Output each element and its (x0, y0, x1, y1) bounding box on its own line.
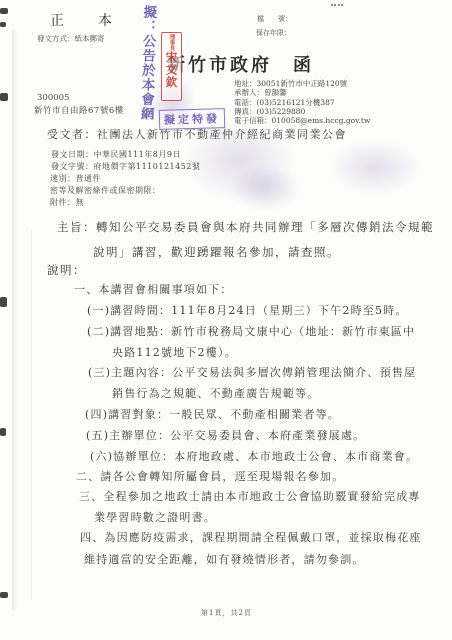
body-line: (六)協辦單位：本府地政處、本市地政士公會、本市商業會。 (90, 448, 418, 464)
recipient-street: 新竹市自由路67號6樓 (34, 104, 124, 116)
stamp-ghost (330, 140, 420, 195)
contact-person: 承辦人：曾韻馨 (234, 88, 370, 97)
subject-line-1: 主旨：轉知公平交易委員會與本府共同辦理「多層次傳銷法令規範 (57, 219, 434, 235)
body-line: 銷售行為之規範、不動產廣告規範等。 (112, 385, 319, 401)
contact-email: 電子信箱：010058@ems.hccg.gov.tw (234, 116, 370, 125)
body-line: 業學習時數之證明書。 (94, 509, 216, 525)
delivery-method-label: 發文方式：紙本郵寄 (37, 33, 105, 44)
scan-artifact (0, 93, 8, 101)
scan-artifact (0, 592, 8, 598)
scan-crease-line (31, 230, 32, 600)
delivery-speed: 速別：普通件 (50, 173, 101, 184)
scan-left-shadow (12, 30, 18, 610)
file-number-label: 檔 號： (257, 14, 292, 24)
contact-block: 地址：30051新竹市中正路120號 承辦人：曾韻馨 電話：(03)521612… (234, 79, 370, 125)
contact-fax: 傳真：(03)5229880 (234, 107, 370, 116)
issue-date: 發文日期：中華民國111年8月9日 (51, 149, 181, 160)
body-line: (五)主辦單位：公平交易委員會、本府產業發展處。 (86, 427, 365, 443)
body-line: 央路112號地下2樓）。 (112, 344, 237, 360)
document-title: 新竹市政府 函 (167, 51, 314, 77)
recipient-zip: 300005 (37, 93, 69, 103)
body-line: 維持適當的安全距離，如有發燒情形者，請勿參訓。 (84, 551, 365, 567)
official-letter-page: 正 本 發文方式：紙本郵寄 檔 號： 保存年限： 擬：公告於本會網 理事長 宋文… (0, 0, 452, 640)
body-line: (三)主題內容：公平交易法與多層次傳銷管理法簡介、預售屋 (88, 364, 416, 380)
pen-marks (331, 4, 343, 9)
contact-phone: 電話：(03)5216121分機387 (234, 98, 370, 107)
explanation-label: 說明： (47, 262, 86, 278)
approval-stamp: 擬定特發 (159, 108, 226, 130)
contact-address: 地址：30051新竹市中正路120號 (234, 79, 370, 88)
chairman-name-stamp: 理事長 宋文欽 (161, 32, 182, 101)
body-line: (二)講習地點：新竹市稅務局文康中心（地址：新竹市東區中 (87, 323, 415, 339)
attachment-label: 附件：無 (50, 197, 84, 208)
scan-artifact (0, 297, 7, 307)
subject-line-2: 說明」講習，歡迎踴躍報名參加，請查照。 (93, 244, 340, 260)
body-line: 三、全程參加之地政士請由本市地政士公會協助覈實發給完成專 (79, 488, 421, 504)
body-line: 四、為因應防疫需求，課程期間請全程佩戴口罩，並採取梅花座 (80, 529, 422, 545)
body-line: 二、請各公會轉知所屬會員，逕至現場報名參加。 (76, 468, 344, 484)
body-line: 一、本講習會相關事項如下： (74, 281, 233, 297)
page-number-footer: 第1頁，共2頁 (201, 608, 252, 618)
scan-artifact (0, 8, 8, 14)
handwritten-note: 擬：公告於本會網 (135, 5, 158, 123)
body-line: (四)講習對象：一般民眾、不動產相關業者等。 (85, 406, 340, 422)
stamp-name-text: 宋文欽 (166, 51, 178, 89)
stamp-ghost (230, 165, 300, 210)
retention-period-label: 保存年限： (256, 28, 291, 38)
security-classification: 密等及解密條件或保密期限： (50, 185, 161, 196)
scan-artifact (0, 22, 6, 27)
body-line: (一)講習時間：111年8月24日（星期三）下午2時至5時。 (87, 302, 408, 318)
scan-artifact (0, 428, 6, 436)
stamp-title-text: 理事長 (169, 34, 175, 51)
copy-type-label: 正 本 (50, 10, 122, 30)
document-number: 發文字號：府地價字第1110121452號 (51, 161, 200, 172)
